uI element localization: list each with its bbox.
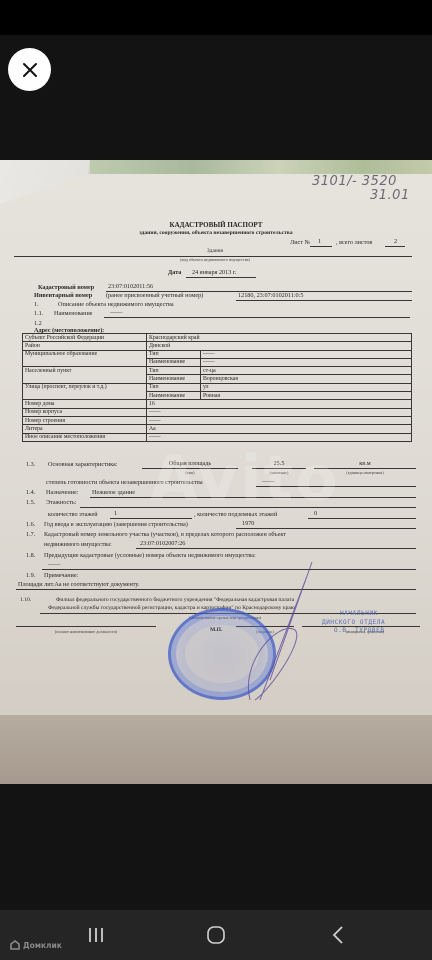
- address-row-label: Муниципальное образование: [23, 350, 147, 367]
- cadastral-number-value: 23:07:0102011:56: [108, 284, 153, 290]
- address-row: Номер строения ——: [23, 416, 412, 424]
- stamp-name-line: О.В. ТУРОВЕВ: [334, 627, 385, 634]
- address-row-value: ——: [147, 408, 412, 416]
- inventory-number-note: (ранее присвоенный учетный номер): [106, 293, 203, 299]
- address-row: Улица (проспект, переулок и т.д.) Тип ул: [23, 383, 412, 391]
- section-1-6-number: 1.6.: [26, 522, 35, 528]
- address-subrow-key: Тип: [147, 350, 201, 358]
- commissioning-year-value: 1970: [242, 521, 254, 527]
- land-plot-cadastral-value: 23:07:0102007:26: [140, 541, 185, 547]
- section-1-1-label: Наименование: [54, 311, 93, 317]
- address-subrow-key: Наименование: [147, 358, 201, 366]
- address-row-label: Номер строения: [23, 416, 147, 424]
- address-row-label: Литера: [23, 425, 147, 433]
- address-row-label: Номер дома: [23, 400, 147, 408]
- address-row: Литера Аа: [23, 425, 412, 433]
- object-kind-caption: (вид объекта недвижимого имущества): [170, 258, 260, 262]
- address-row-value: ——: [147, 416, 412, 424]
- section-1-4-number: 1.4.: [26, 490, 35, 496]
- cadastral-number-label: Кадастровый номер: [38, 285, 94, 291]
- sheets-total: 2: [394, 239, 397, 245]
- address-row: Номер корпуса ——: [23, 408, 412, 416]
- floors-label: количество этажей: [48, 512, 98, 518]
- section-1-5-number: 1.5.: [26, 500, 35, 506]
- address-row: Район Динской: [23, 342, 412, 350]
- section-1-number: 1.: [34, 302, 39, 308]
- signature: [240, 560, 320, 710]
- address-row-value: Краснодарский край: [147, 334, 412, 342]
- section-1-8-number: 1.8.: [26, 553, 35, 559]
- section-1-1-value: ——: [110, 310, 122, 316]
- address-subrow-value: ст-ца: [201, 367, 412, 375]
- address-row: Населенный пункт Тип ст-ца: [23, 367, 412, 375]
- address-row-label: Иное описание местоположения: [23, 433, 147, 441]
- section-1-3-number: 1.3.: [26, 462, 35, 468]
- section-1-7-number: 1.7.: [26, 532, 35, 538]
- address-row-value: Динской: [147, 342, 412, 350]
- sheets-total-label: , всего листов: [336, 240, 372, 246]
- previous-numbers-label: Предыдущие кадастровые (условные) номера…: [44, 553, 256, 559]
- address-subrow-key: Тип: [147, 367, 201, 375]
- address-row-label: Субъект Российской Федерации: [23, 334, 147, 342]
- avito-watermark: Avito: [150, 442, 340, 515]
- section-1-10-number: 1.10.: [20, 598, 31, 604]
- address-row: Иное описание местоположения ——: [23, 433, 412, 441]
- purpose-label: Назначение:: [46, 490, 78, 496]
- back-icon: [330, 925, 346, 945]
- address-subrow-value: Ровная: [201, 392, 412, 400]
- address-subrow-key: Тип: [147, 383, 201, 391]
- section-1-9-number: 1.9.: [26, 573, 35, 579]
- document-subtitle: здания, сооружения, объекта незавершенно…: [0, 231, 432, 237]
- back-button[interactable]: [318, 920, 358, 950]
- inventory-number-value: 12180, 23:07:0102011:0:5: [238, 293, 303, 299]
- address-subrow-key: Наименование: [147, 375, 201, 383]
- document-title: КАДАСТРОВЫЙ ПАСПОРТ: [0, 222, 432, 229]
- section-1-3-label: Основная характеристика:: [48, 462, 118, 468]
- address-row-label: Район: [23, 342, 147, 350]
- document-content: КАДАСТРОВЫЙ ПАСПОРТ здания, сооружения, …: [0, 160, 432, 720]
- sheet-label: Лист №: [290, 240, 310, 246]
- address-row-label: Номер корпуса: [23, 408, 147, 416]
- address-subrow-value: ул: [201, 383, 412, 391]
- address-table: Субъект Российской Федерации Краснодарск…: [22, 333, 412, 442]
- document-photo[interactable]: 3101/- 3520 31.01 КАДАСТРОВЫЙ ПАСПОРТ зд…: [0, 160, 432, 784]
- home-button[interactable]: [196, 920, 236, 950]
- sheet-number: 1: [318, 239, 321, 245]
- land-plot-label: Кадастровый номер земельного участка (уч…: [44, 532, 286, 538]
- note-value: Площади лит.Аа не соответствуют документ…: [18, 582, 139, 588]
- address-subrow-key: Наименование: [147, 392, 201, 400]
- address-row-value: Аа: [147, 425, 412, 433]
- address-row: Субъект Российской Федерации Краснодарск…: [23, 334, 412, 342]
- close-icon: [22, 62, 38, 78]
- house-logo-icon: [10, 940, 20, 950]
- floors-value: 1: [114, 511, 117, 517]
- system-navigation-bar: Домклик: [0, 910, 432, 960]
- address-row-label: Населенный пункт: [23, 367, 147, 384]
- position-caption: (полное наименование должности): [16, 630, 156, 634]
- address-row: Номер дома 16: [23, 400, 412, 408]
- address-subrow-value: Воронцовская: [201, 375, 412, 383]
- land-plot-label-cont: недвижимого имущества:: [44, 542, 112, 548]
- inventory-number-label: Инвентарный номер: [34, 293, 92, 299]
- home-icon: [206, 925, 226, 945]
- address-row-value: ——: [147, 433, 412, 441]
- address-row-value: 16: [147, 400, 412, 408]
- section-1-title: Описание объекта недвижимого имущества: [58, 302, 174, 308]
- recents-icon: [87, 926, 105, 944]
- address-row: Муниципальное образование Тип ——: [23, 350, 412, 358]
- close-button[interactable]: [8, 48, 51, 91]
- stamp-position-line: НАЧАЛЬНИК: [340, 610, 378, 617]
- address-subrow-value: ——: [201, 358, 412, 366]
- domclick-brand: Домклик: [10, 940, 62, 950]
- date-value: 24 января 2013 г.: [192, 270, 236, 276]
- previous-numbers-value: ——: [48, 562, 60, 568]
- purpose-value: Нежилое здание: [92, 490, 135, 496]
- stamp-department-line: ДИНСКОГО ОТДЕЛА: [322, 619, 385, 626]
- brand-label: Домклик: [23, 941, 62, 950]
- recents-button[interactable]: [76, 920, 116, 950]
- object-kind: Здания: [170, 249, 260, 254]
- address-subrow-value: ——: [201, 350, 412, 358]
- floors-section-label: Этажность:: [46, 500, 76, 506]
- address-row-label: Улица (проспект, переулок и т.д.): [23, 383, 147, 400]
- status-bar: [0, 0, 432, 35]
- section-1-1-number: 1.1.: [34, 311, 43, 317]
- note-label: Примечание:: [44, 573, 78, 579]
- table-surface: [0, 715, 432, 784]
- date-label: Дата: [168, 270, 181, 276]
- commissioning-year-label: Год ввода в эксплуатацию (завершения стр…: [44, 522, 188, 528]
